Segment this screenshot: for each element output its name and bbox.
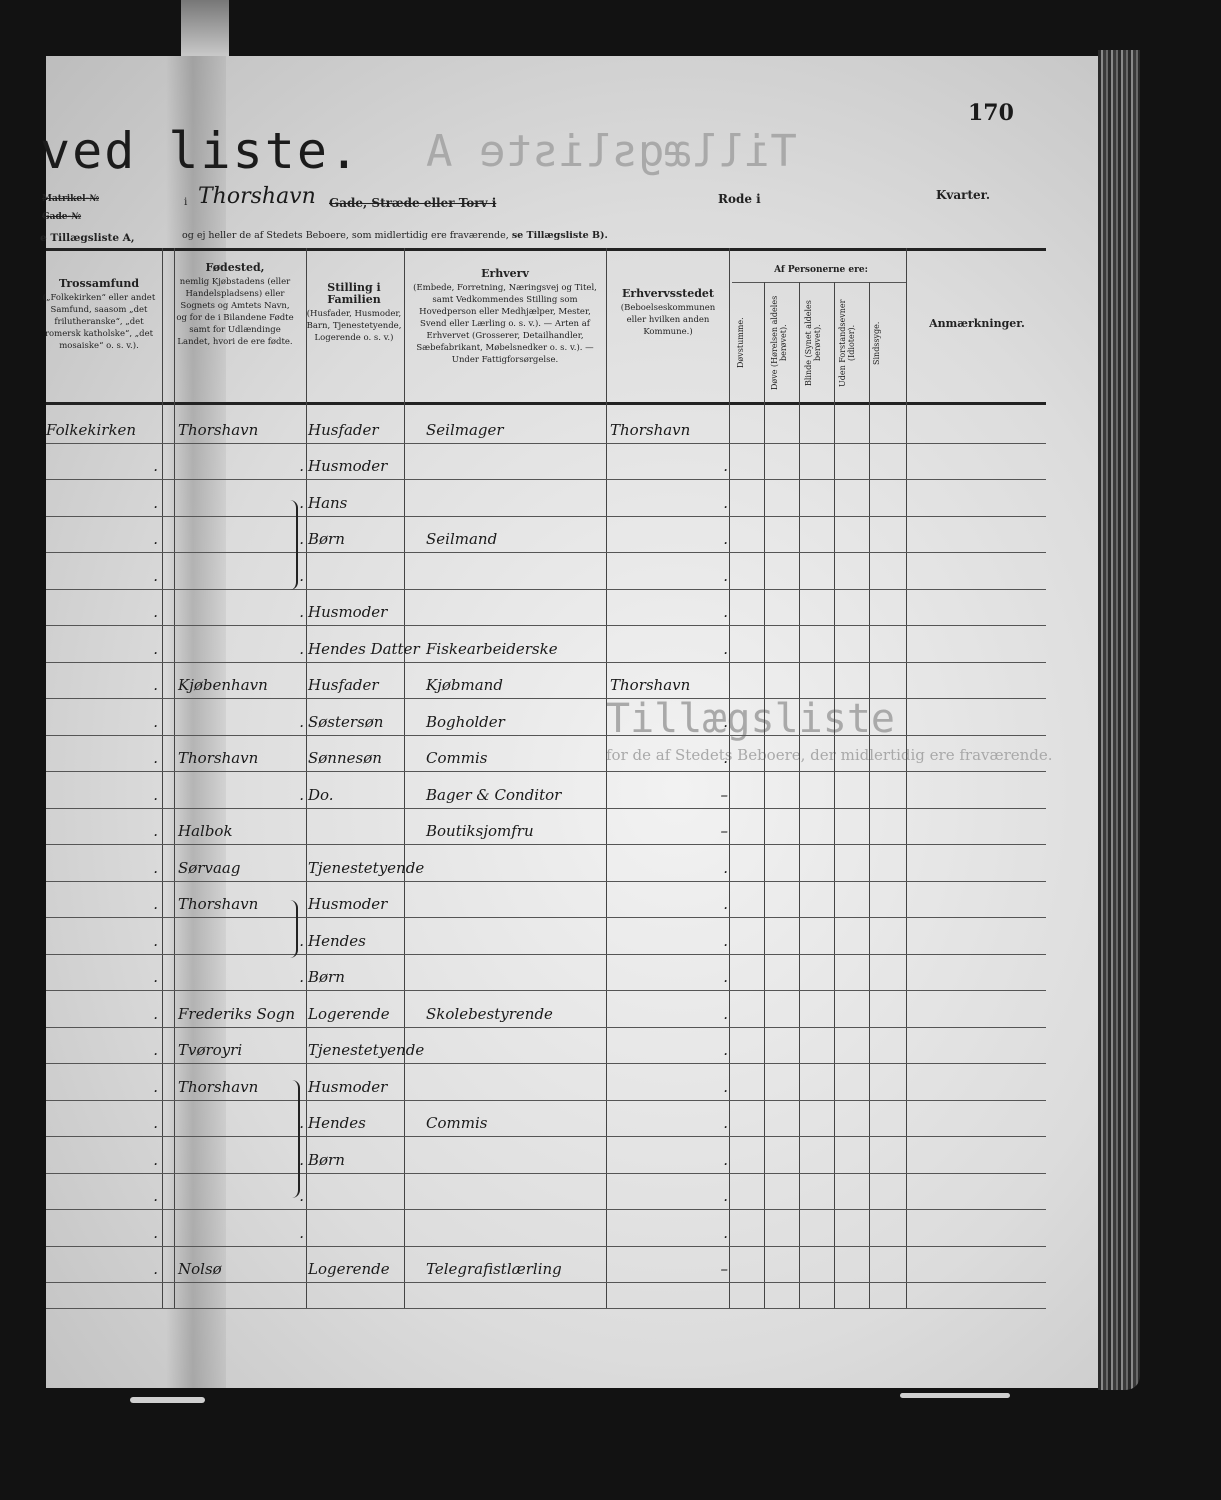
col-desc: („Folkekirken“ eller andet Samfund, saas… [43,293,156,351]
cell-sted: – [610,1260,758,1278]
subline-bold: se Tillægsliste B). [512,230,608,241]
col-erhvervsstedet-header: Erhvervsstedet (Beboelseskommunen eller … [612,288,724,338]
register-page: Tillægsliste A Tillægsliste for de af St… [46,56,1098,1388]
cell-sted: – [610,786,758,804]
cell-stil: Børn [308,1151,404,1169]
cell-tros: . [46,895,188,913]
cell-sted: . [610,749,758,767]
cell-tros: . [46,932,188,950]
row-rule [46,1063,1046,1064]
cell-fod: Halbok [178,822,304,840]
book-foot [130,1397,205,1403]
cell-tros: . [46,1187,188,1205]
cell-sted: . [610,1078,758,1096]
row-rule [46,954,1046,955]
cell-sted: . [610,895,758,913]
brace-children-3 [292,1080,300,1198]
cell-tros: . [46,676,188,694]
cell-stil: Husmoder [308,603,404,621]
cell-erh: Commis [426,749,604,767]
row-rule [46,990,1046,991]
col-desc: (Embede, Forretning, Næringsvej og Titel… [413,283,597,365]
matrikel-label: Matrikel-№ [42,194,99,204]
cell-stil: Hendes [308,1114,404,1132]
col-title: Anmærkninger. [908,318,1046,330]
cell-fod: Sørvaag [178,859,304,877]
cell-stil: Børn [308,968,404,986]
col-divider [906,248,907,1308]
cell-erh: Commis [426,1114,604,1132]
row-rule [46,1209,1046,1210]
cell-fod: . [178,1187,334,1205]
cell-stil: Børn [308,530,404,548]
cell-tros: . [46,749,188,767]
col-erhverv-header: Erhverv (Embede, Forretning, Næringsvej … [406,268,604,366]
cell-tros: . [46,567,188,585]
col-title: Trossamfund [40,278,158,290]
sub-sindssyge: Sindssyge. [872,288,902,398]
street-label-struck: Gade, Stræde eller Torv i [329,196,496,210]
row-rule [46,552,1046,553]
cell-fod: Frederiks Sogn [178,1005,304,1023]
col-title: Erhverv [406,268,604,280]
book-page-edges [1098,50,1140,1390]
col-title: Stilling i Familien [306,282,402,306]
sub-idioter: Uden Forstandsevner (Idioter). [838,288,868,398]
cell-erh: Skolebestyrende [426,1005,604,1023]
cell-tros: . [46,1078,188,1096]
cell-tros: . [46,859,188,877]
row-rule [46,1136,1046,1137]
col-divider [729,248,730,1308]
sub-blinde: Blinde (Synet aldeles berøvet). [804,288,834,398]
cell-stil: Hans [308,494,404,512]
col-divider [834,282,835,1308]
cell-stil: Husmoder [308,1078,404,1096]
row-rule [46,808,1046,809]
cell-erh: Kjøbmand [426,676,604,694]
cell-fod: . [178,567,334,585]
cell-stil: Tjenestetyende [308,859,404,877]
cell-sted: . [610,932,758,950]
cell-fod: Thorshavn [178,1078,304,1096]
cell-sted: . [610,1041,758,1059]
cell-stil: Logerende [308,1005,404,1023]
ghost-title: Tillægsliste A [426,126,797,177]
col-stilling-header: Stilling i Familien (Husfader, Husmoder,… [306,282,402,344]
row-rule [46,516,1046,517]
cell-tros: . [46,603,188,621]
col-desc: (Husfader, Husmoder, Barn, Tjenestetyend… [307,309,402,343]
cell-sted: . [610,1224,758,1242]
place-prefix: i [184,196,187,208]
cell-erh: Bager & Conditor [426,786,604,804]
col-title: Fødested, [176,262,294,274]
cell-sted: Thorshavn [610,421,728,439]
col-desc: nemlig Kjøbstadens (eller Handelspladsen… [176,277,293,347]
kvarter-label: Kvarter. [936,188,990,202]
header-rule-bottom [46,402,1046,405]
cell-sted: Thorshavn [610,676,728,694]
cell-tros: . [46,1041,188,1059]
cell-tros: . [46,1260,188,1278]
col-fodested-header: Fødested, nemlig Kjøbstadens (eller Hand… [176,262,294,348]
cell-tros: . [46,968,188,986]
brace-children-2 [290,900,298,958]
cell-stil: Hendes Datter [308,640,404,658]
row-rule [46,1246,1046,1247]
cell-erh: Bogholder [426,713,604,731]
cell-stil: Husmoder [308,895,404,913]
subline-text: og ej heller de af Stedets Beboere, som … [182,230,509,241]
cell-fod: . [178,1224,334,1242]
col-af-personerne-header: Af Personerne ere: [736,264,906,278]
cell-sted: . [610,1005,758,1023]
sub-dovstumme: Døvstumme. [736,288,766,398]
col-desc: (Beboelseskommunen eller hvilken anden K… [621,303,716,337]
cell-tros: . [46,1151,188,1169]
col-divider [869,282,870,1308]
col-title: Af Personerne ere: [736,264,906,276]
cell-sted: . [610,1114,758,1132]
cell-sted: . [610,968,758,986]
cell-stil: Husfader [308,676,404,694]
cell-tros: . [46,822,188,840]
cell-stil: Tjenestetyende [308,1041,404,1059]
row-rule [46,662,1046,663]
col-divider [162,248,163,1308]
cell-tros: . [46,1114,188,1132]
cell-tros: Folkekirken [46,421,158,439]
af-personerne-rule [732,282,906,283]
header-rule-top [46,248,1046,251]
cell-erh: Boutiksjomfru [426,822,604,840]
cell-tros: . [46,494,188,512]
cell-tros: . [46,1005,188,1023]
col-divider [174,248,175,1308]
cell-sted: . [610,567,758,585]
cell-sted: . [610,1187,758,1205]
cell-tros: . [46,713,188,731]
sub-dove: Døve (Hørelsen aldeles berøvet). [770,288,800,398]
cell-sted: . [610,530,758,548]
cell-stil: Husmoder [308,457,404,475]
cell-tros: . [46,640,188,658]
gade-label: Gade-№ [42,212,81,222]
row-rule [46,881,1046,882]
cell-tros: . [46,530,188,548]
row-rule [46,1027,1046,1028]
cell-stil: Sønnesøn [308,749,404,767]
left-note: e Tillægsliste A, [40,232,135,244]
row-rule [46,1173,1046,1174]
cell-fod: Kjøbenhavn [178,676,304,694]
cell-tros: . [46,786,188,804]
row-rule [46,735,1046,736]
cell-stil: Husfader [308,421,404,439]
cell-erh: Telegrafistlærling [426,1260,604,1278]
subline: og ej heller de af Stedets Beboere, som … [182,230,608,241]
cell-erh: Seilmand [426,530,604,548]
cell-stil: Hendes [308,932,404,950]
row-rule [46,1100,1046,1101]
row-rule [46,698,1046,699]
cell-stil: Søstersøn [308,713,404,731]
binding-tab [181,0,229,56]
row-rule [46,844,1046,845]
cell-stil: Logerende [308,1260,404,1278]
cell-tros: . [46,1224,188,1242]
cell-sted: . [610,1151,758,1169]
row-rule [46,771,1046,772]
place-handwritten: Thorshavn [198,184,316,209]
cell-stil: Do. [308,786,404,804]
cell-sted: . [610,457,758,475]
col-title: Erhvervsstedet [612,288,724,300]
row-rule [46,479,1046,480]
cell-sted: . [610,859,758,877]
rode-label: Rode i [718,192,761,206]
col-divider [306,248,307,1308]
row-rule [46,917,1046,918]
book-foot [900,1393,1010,1398]
page-title: ved liste. [40,122,361,180]
cell-fod: Tvøroyri [178,1041,304,1059]
table-bottom-rule [46,1308,1046,1309]
row-rule [46,625,1046,626]
brace-children-1 [290,500,298,590]
row-rule [46,589,1046,590]
page-number: 170 [968,100,1014,126]
cell-sted: . [610,640,758,658]
col-divider [764,282,765,1308]
cell-sted: – [610,822,758,840]
cell-erh: Seilmager [426,421,604,439]
col-divider [799,282,800,1308]
col-anmaerkninger-header: Anmærkninger. [908,318,1046,332]
col-divider [606,248,607,1308]
row-rule [46,443,1046,444]
row-rule [46,1282,1046,1283]
cell-sted: . [610,494,758,512]
cell-fod: Thorshavn [178,895,304,913]
cell-fod: Thorshavn [178,749,304,767]
cell-sted: . [610,603,758,621]
cell-tros: . [46,457,188,475]
cell-fod: Nolsø [178,1260,304,1278]
cell-fod: Thorshavn [178,421,304,439]
col-divider [404,248,405,1308]
cell-sted: . [610,713,758,731]
col-trossamfund-header: Trossamfund („Folkekirken“ eller andet S… [40,278,158,352]
cell-erh: Fiskearbeiderske [426,640,604,658]
